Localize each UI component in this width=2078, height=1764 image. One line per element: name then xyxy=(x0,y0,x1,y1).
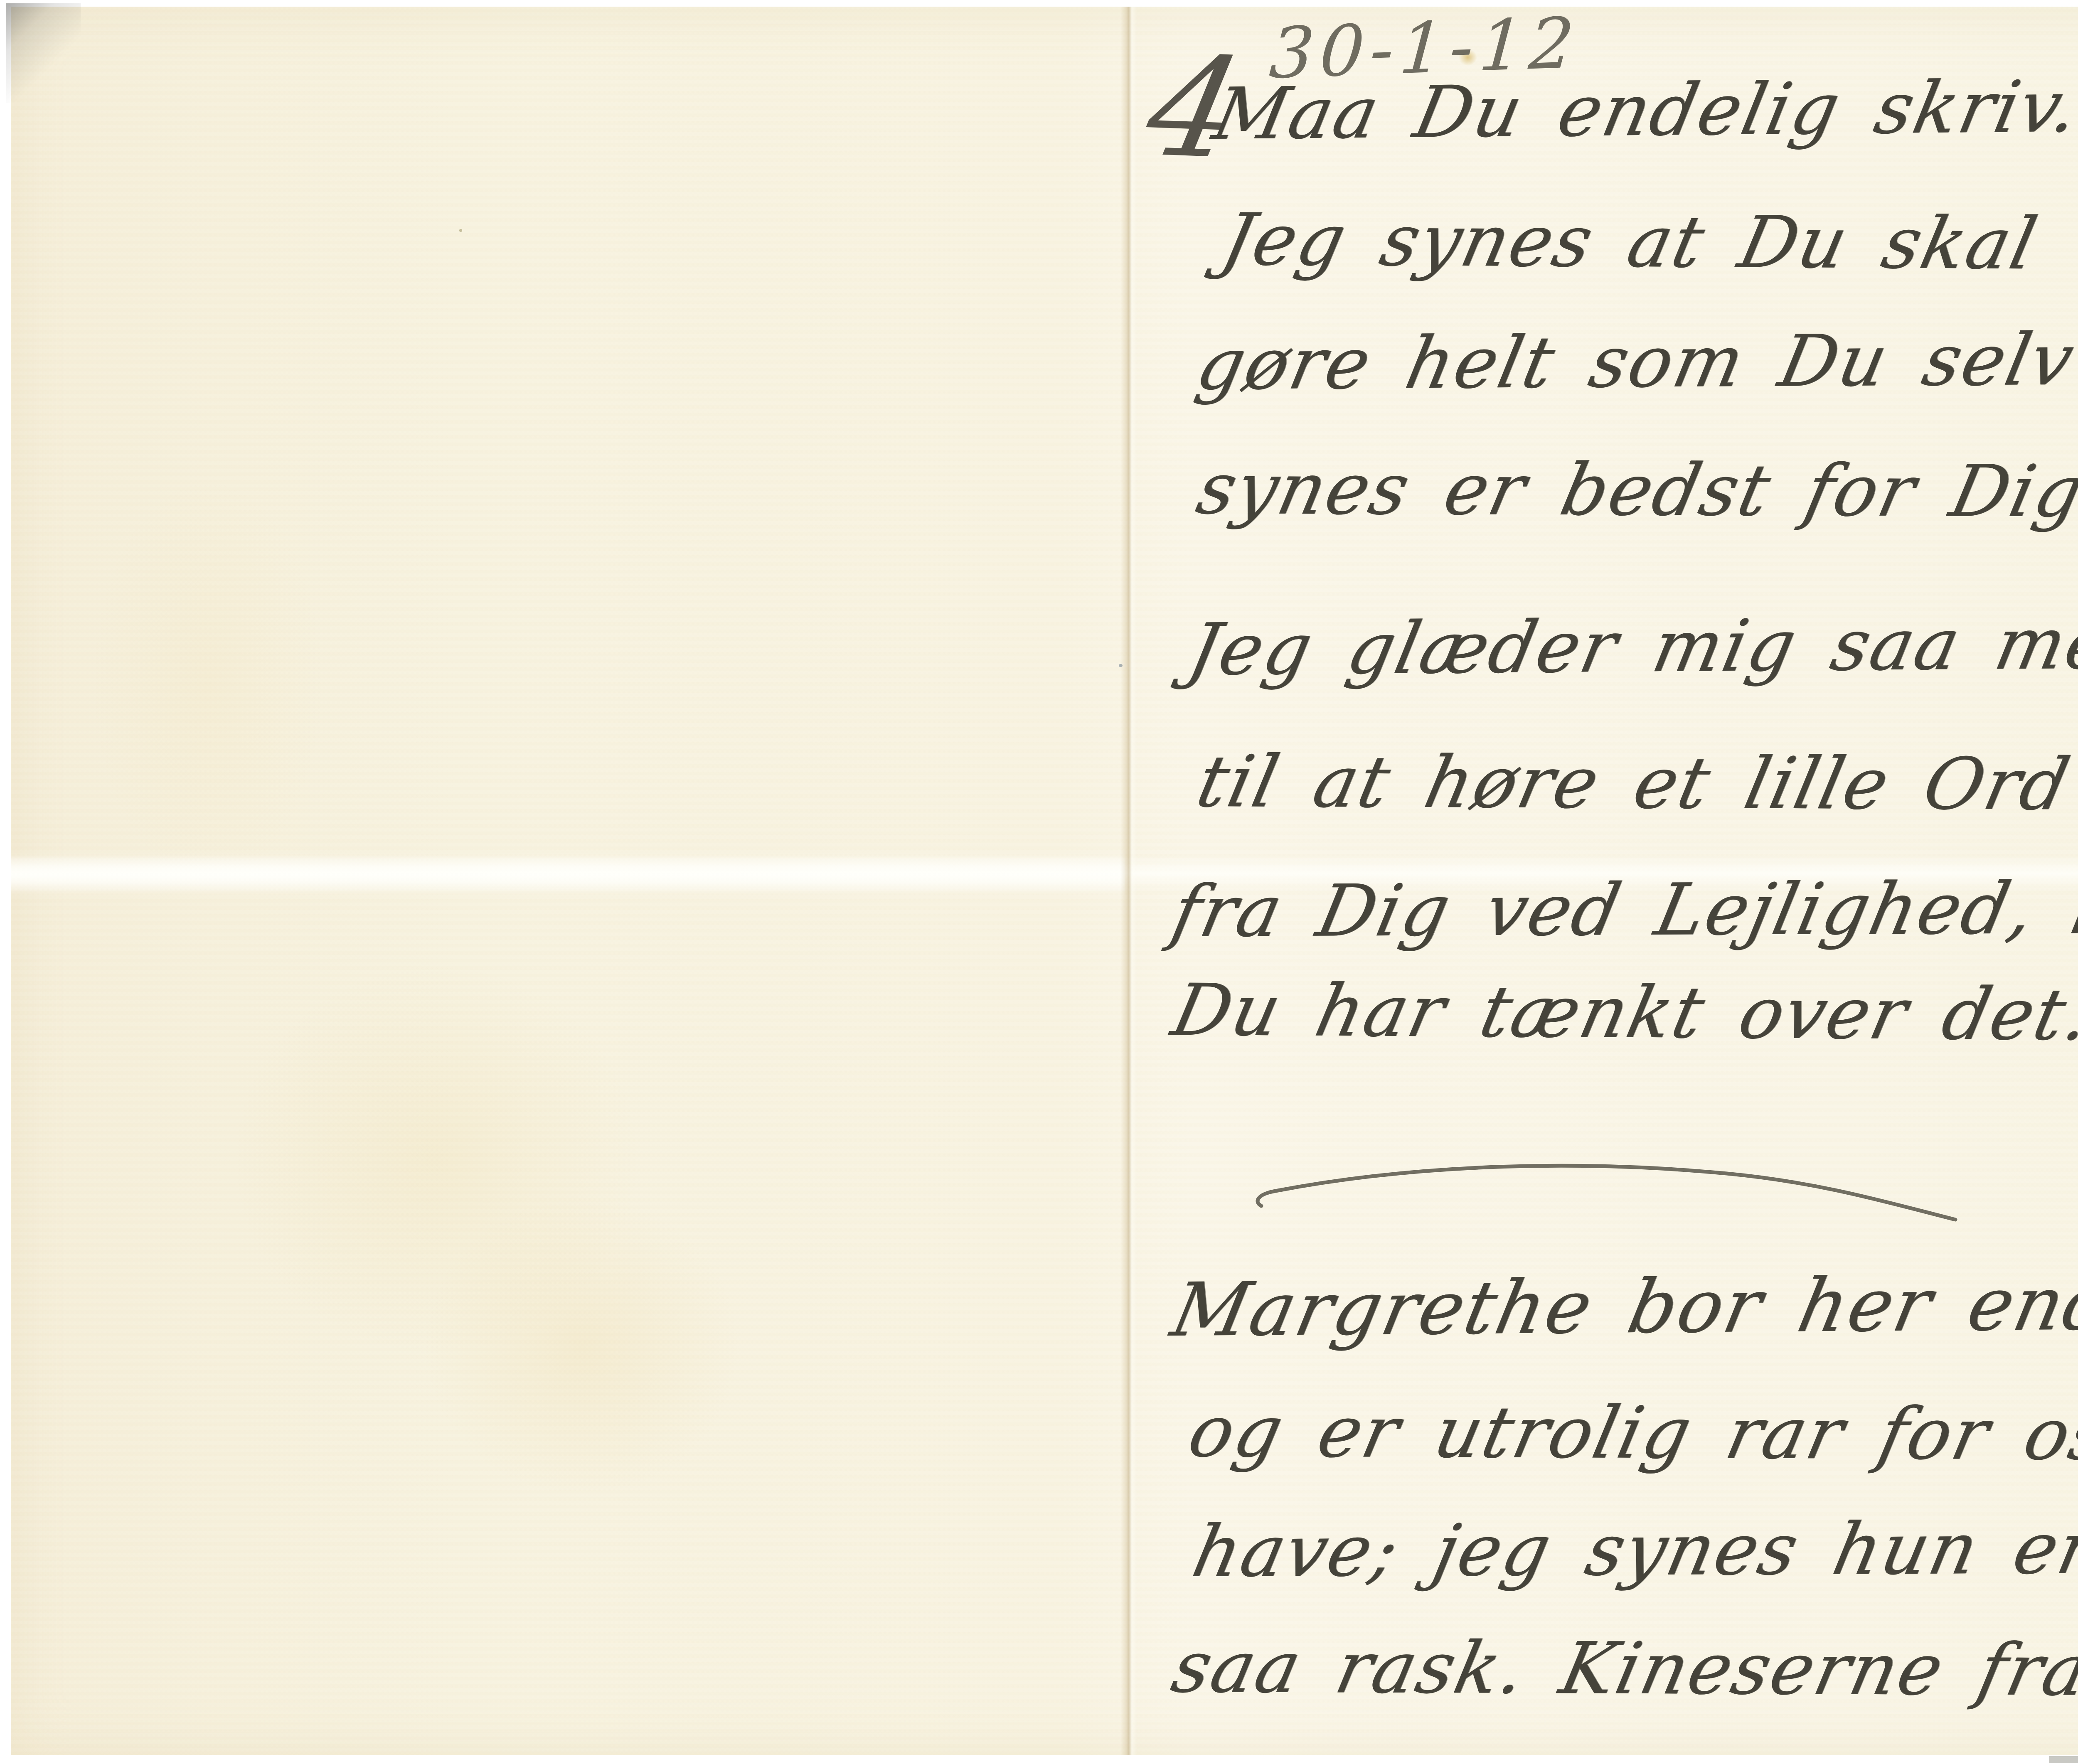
section-divider xyxy=(1249,1155,1980,1234)
section-divider-stroke xyxy=(1249,1155,1980,1234)
handwriting-line: synes er bedst for Dig. xyxy=(1189,441,2078,540)
center-fold-line xyxy=(1120,7,1137,1755)
scan-edge-strip xyxy=(2049,1756,2078,1763)
handwriting-line: Du har tænkt over det. xyxy=(1164,962,2078,1063)
handwriting-line: Margrethe bor her endnu xyxy=(1164,1255,2078,1358)
handwriting-line: saa rask. Kineserne fra xyxy=(1164,1619,2078,1718)
scan-corner-shadow xyxy=(6,3,81,103)
handwriting-line: til at høre et lille Ord xyxy=(1189,734,2078,832)
paper-speck xyxy=(459,229,462,232)
scanned-letter: 4 30-1-12 Maa Du endelig skriv. Jeg syne… xyxy=(0,0,2078,1764)
handwriting-line: Jeg synes at Du skal xyxy=(1214,192,2046,292)
handwriting-line: Maa Du endelig skriv. xyxy=(1205,59,2078,162)
handwriting-line: Jeg glæder mig saa meget xyxy=(1180,595,2078,698)
handwriting-line: og er utrolig rar for os at xyxy=(1180,1384,2078,1483)
handwriting-line: have; jeg synes hun er xyxy=(1184,1501,2078,1599)
handwriting-line: gøre helt som Du selv xyxy=(1189,312,2078,412)
handwriting-line: fra Dig ved Lejlighed, naar xyxy=(1164,860,2078,959)
